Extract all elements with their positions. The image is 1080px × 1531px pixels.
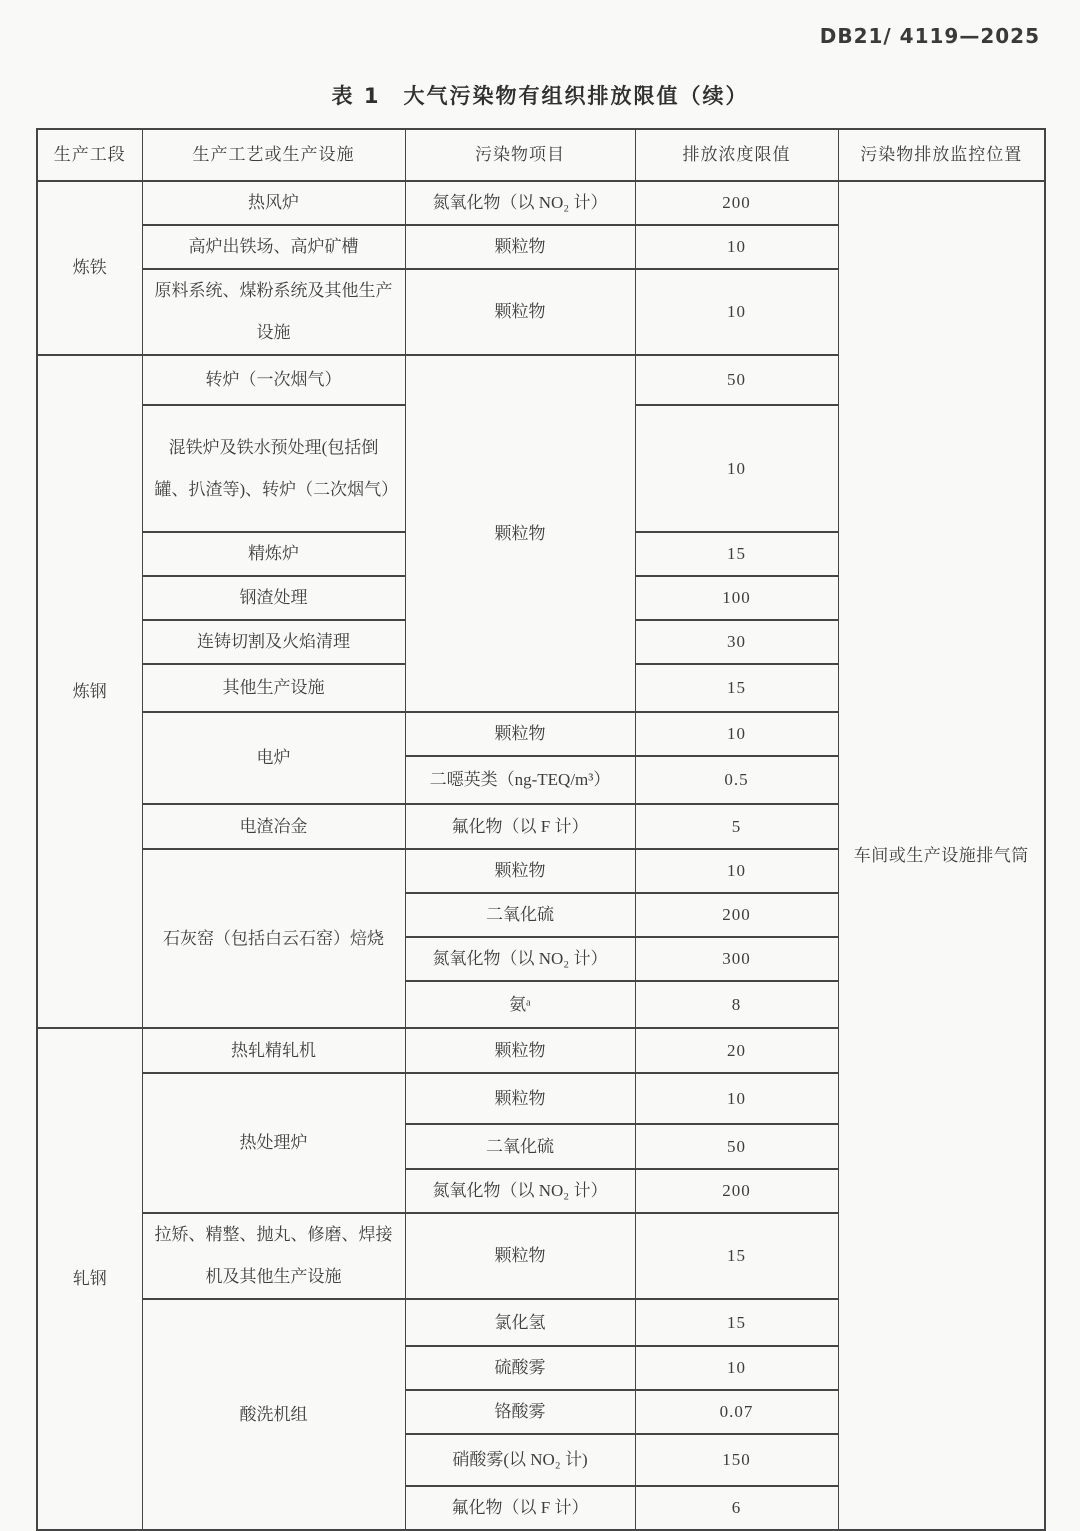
cell-process: 热处理炉 (142, 1073, 405, 1213)
cell-pollutant: 氮氧化物（以 NO₂ 计） (405, 937, 635, 981)
cell-limit: 8 (635, 981, 838, 1028)
cell-process: 酸洗机组 (142, 1299, 405, 1530)
cell-process: 连铸切割及火焰清理 (142, 620, 405, 664)
column-header-process: 生产工艺或生产设施 (142, 129, 405, 181)
cell-process: 混铁炉及铁水预处理(包括倒罐、扒渣等)、转炉（二次烟气） (142, 405, 405, 532)
cell-pollutant: 颗粒物 (405, 1213, 635, 1299)
cell-pollutant: 颗粒物 (405, 355, 635, 712)
cell-limit: 200 (635, 1169, 838, 1213)
cell-process: 石灰窑（包括白云石窑）焙烧 (142, 849, 405, 1028)
cell-limit: 10 (635, 849, 838, 893)
cell-limit: 50 (635, 1124, 838, 1169)
cell-process: 原料系统、煤粉系统及其他生产设施 (142, 269, 405, 355)
cell-limit: 50 (635, 355, 838, 405)
column-header-monitoring: 污染物排放监控位置 (838, 129, 1045, 181)
cell-limit: 30 (635, 620, 838, 664)
cell-pollutant: 颗粒物 (405, 712, 635, 756)
cell-pollutant: 颗粒物 (405, 225, 635, 269)
cell-pollutant: 氮氧化物（以 NO₂ 计） (405, 181, 635, 225)
cell-limit: 6 (635, 1486, 838, 1530)
cell-limit: 10 (635, 405, 838, 532)
monitoring-location-cell: 车间或生产设施排气筒 (838, 181, 1045, 1530)
column-header-limit: 排放浓度限值 (635, 129, 838, 181)
stage-cell-rolling: 轧钢 (37, 1028, 142, 1530)
cell-pollutant: 铬酸雾 (405, 1390, 635, 1434)
cell-limit: 5 (635, 804, 838, 849)
cell-process: 钢渣处理 (142, 576, 405, 620)
cell-limit: 15 (635, 664, 838, 712)
cell-pollutant: 氨ᵃ (405, 981, 635, 1028)
cell-pollutant: 二氧化硫 (405, 1124, 635, 1169)
cell-limit: 300 (635, 937, 838, 981)
cell-pollutant: 颗粒物 (405, 269, 635, 355)
cell-limit: 0.07 (635, 1390, 838, 1434)
cell-pollutant: 氯化氢 (405, 1299, 635, 1346)
cell-pollutant: 硫酸雾 (405, 1346, 635, 1390)
header-row: 生产工段 生产工艺或生产设施 污染物项目 排放浓度限值 污染物排放监控位置 (37, 129, 1045, 181)
cell-limit: 15 (635, 1299, 838, 1346)
cell-limit: 0.5 (635, 756, 838, 804)
cell-limit: 10 (635, 269, 838, 355)
cell-pollutant: 颗粒物 (405, 1073, 635, 1124)
cell-pollutant: 颗粒物 (405, 1028, 635, 1073)
emission-limits-table: 生产工段 生产工艺或生产设施 污染物项目 排放浓度限值 污染物排放监控位置 炼铁… (36, 128, 1046, 1531)
cell-limit: 10 (635, 1073, 838, 1124)
cell-limit: 15 (635, 1213, 838, 1299)
cell-process: 拉矫、精整、抛丸、修磨、焊接机及其他生产设施 (142, 1213, 405, 1299)
cell-pollutant: 硝酸雾(以 NO₂ 计) (405, 1434, 635, 1486)
cell-limit: 200 (635, 893, 838, 937)
cell-process: 热轧精轧机 (142, 1028, 405, 1073)
cell-process: 高炉出铁场、高炉矿槽 (142, 225, 405, 269)
cell-limit: 15 (635, 532, 838, 576)
cell-process: 转炉（一次烟气） (142, 355, 405, 405)
cell-process: 电渣冶金 (142, 804, 405, 849)
cell-process: 精炼炉 (142, 532, 405, 576)
cell-pollutant: 氮氧化物（以 NO₂ 计） (405, 1169, 635, 1213)
cell-limit: 100 (635, 576, 838, 620)
cell-pollutant: 颗粒物 (405, 849, 635, 893)
cell-pollutant: 氟化物（以 F 计） (405, 804, 635, 849)
column-header-stage: 生产工段 (37, 129, 142, 181)
cell-limit: 200 (635, 181, 838, 225)
stage-cell-ironmaking: 炼铁 (37, 181, 142, 355)
cell-process: 电炉 (142, 712, 405, 804)
cell-limit: 10 (635, 1346, 838, 1390)
doc-code: DB21/ 4119—2025 (820, 24, 1040, 48)
table-row: 炼铁 热风炉 氮氧化物（以 NO₂ 计） 200 车间或生产设施排气筒 (37, 181, 1045, 225)
stage-cell-steelmaking: 炼钢 (37, 355, 142, 1028)
cell-pollutant: 二噁英类（ng-TEQ/m³） (405, 756, 635, 804)
cell-limit: 20 (635, 1028, 838, 1073)
page-title: 表 1 大气污染物有组织排放限值（续） (0, 80, 1080, 110)
column-header-pollutant: 污染物项目 (405, 129, 635, 181)
cell-process: 热风炉 (142, 181, 405, 225)
cell-process: 其他生产设施 (142, 664, 405, 712)
cell-pollutant: 二氧化硫 (405, 893, 635, 937)
cell-limit: 10 (635, 225, 838, 269)
cell-pollutant: 氟化物（以 F 计） (405, 1486, 635, 1530)
cell-limit: 150 (635, 1434, 838, 1486)
cell-limit: 10 (635, 712, 838, 756)
